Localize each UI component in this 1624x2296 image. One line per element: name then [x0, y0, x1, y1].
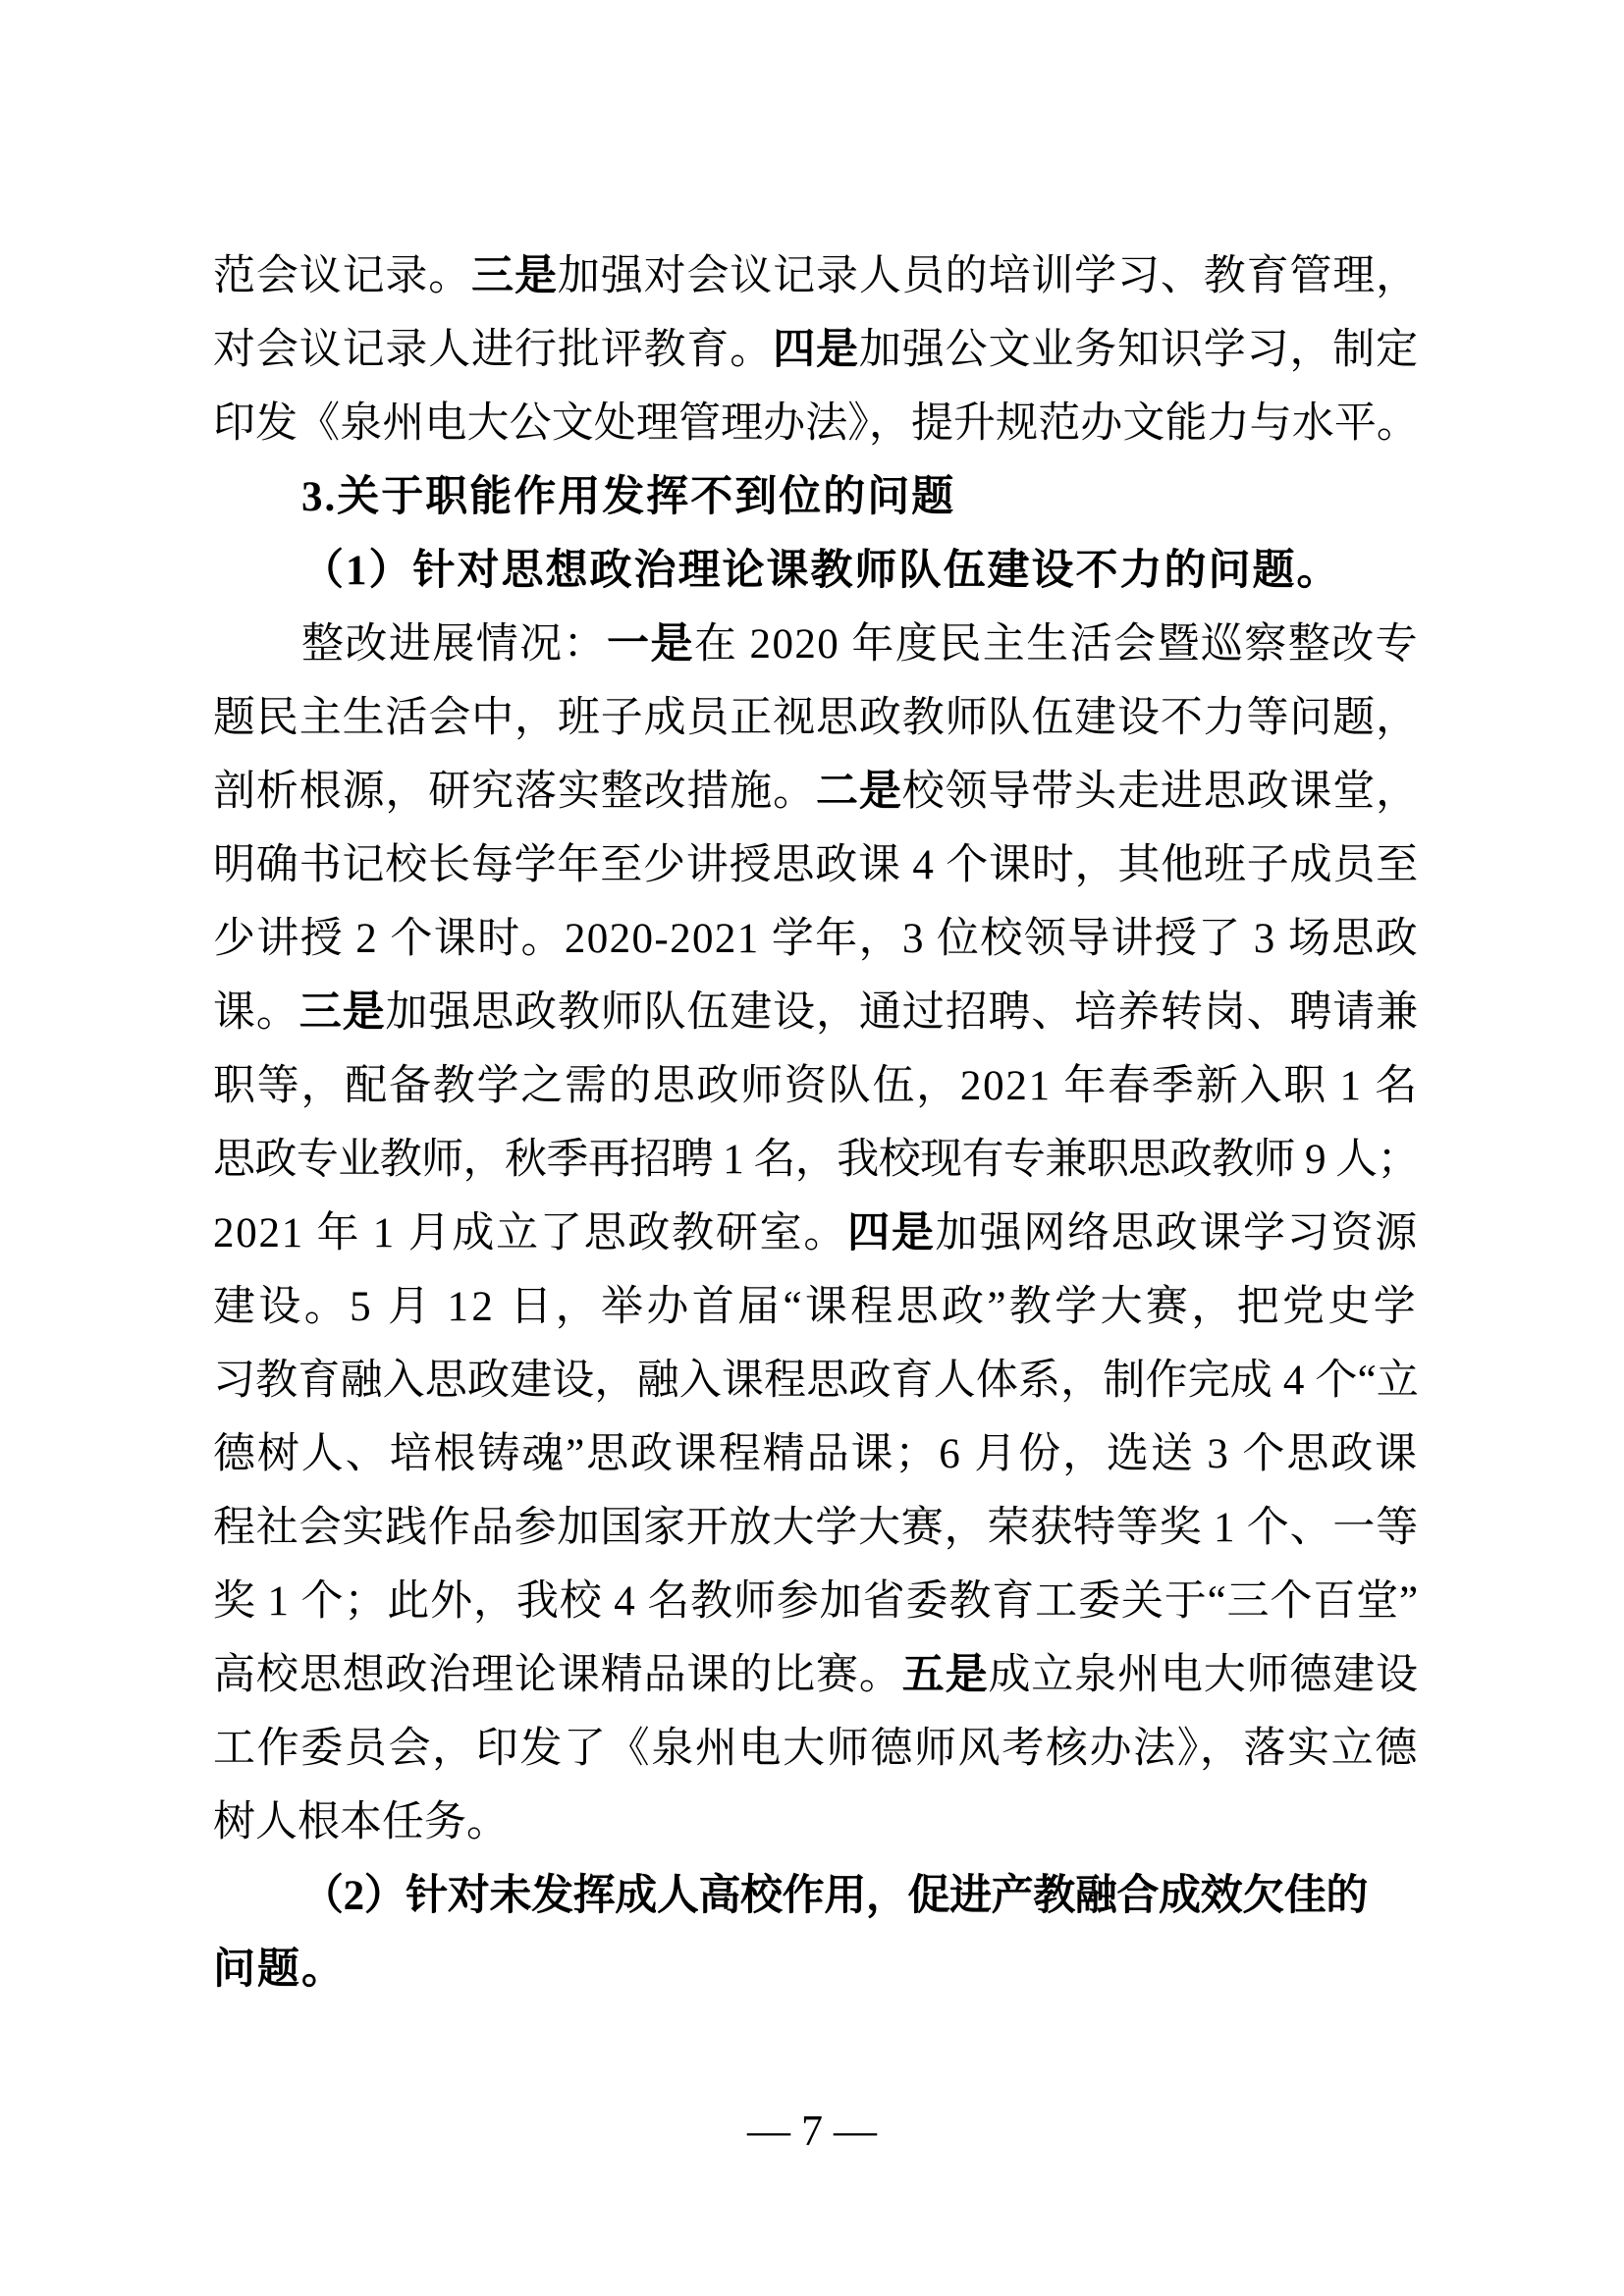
- text-line: 高校思想政治理论课精品课的比赛。五是成立泉州电大师德建设: [213, 1638, 1419, 1712]
- text-line: 程社会实践作品参加国家开放大学大赛，荣获特等奖 1 个、一等: [213, 1491, 1419, 1565]
- text-line: 明确书记校长每学年至少讲授思政课 4 个课时，其他班子成员至: [213, 828, 1419, 902]
- text-line: 2021 年 1 月成立了思政教研室。四是加强网络思政课学习资源: [213, 1197, 1419, 1270]
- text-line-content: 剖析根源，研究落实整改措施。二是校领导带头走进思政课堂，: [213, 769, 1419, 815]
- text-line-content: 明确书记校长每学年至少讲授思政课 4 个课时，其他班子成员至: [213, 842, 1419, 888]
- text-line: 课。三是加强思政教师队伍建设，通过招聘、培养转岗、聘请兼: [213, 976, 1419, 1049]
- text-line: 对会议记录人进行批评教育。四是加强公文业务知识学习，制定: [213, 313, 1419, 387]
- text-line-content: 习教育融入思政建设，融入课程思政育人体系，制作完成 4 个“立: [213, 1358, 1419, 1404]
- text-line: 印发《泉州电大公文处理管理办法》，提升规范办文能力与水平。: [213, 387, 1419, 460]
- text-line-content: 整改进展情况：一是在 2020 年度民主生活会暨巡察整改专: [301, 621, 1419, 667]
- text-line: 树人根本任务。: [213, 1786, 1419, 1859]
- text-line-content: 课。三是加强思政教师队伍建设，通过招聘、培养转岗、聘请兼: [213, 989, 1419, 1036]
- text-line-content: 高校思想政治理论课精品课的比赛。五是成立泉州电大师德建设: [213, 1652, 1419, 1698]
- text-line-content: 德树人、培根铸魂”思政课程精品课；6 月份，选送 3 个思政课: [213, 1431, 1419, 1477]
- document-page: 范会议记录。三是加强对会议记录人员的培训学习、教育管理，对会议记录人进行批评教育…: [0, 0, 1624, 2296]
- text-line: 德树人、培根铸魂”思政课程精品课；6 月份，选送 3 个思政课: [213, 1417, 1419, 1491]
- text-line-content: （2）针对未发挥成人高校作用，促进产教融合成效欠佳的: [301, 1873, 1368, 1919]
- text-line: 工作委员会，印发了《泉州电大师德师风考核办法》，落实立德: [213, 1712, 1419, 1786]
- text-line: （2）针对未发挥成人高校作用，促进产教融合成效欠佳的: [213, 1859, 1419, 1933]
- text-line: 奖 1 个；此外，我校 4 名教师参加省委教育工委关于“三个百堂”: [213, 1565, 1419, 1638]
- text-line: 问题。: [213, 1933, 1419, 2006]
- text-line: 习教育融入思政建设，融入课程思政育人体系，制作完成 4 个“立: [213, 1344, 1419, 1417]
- text-line-content: 建设。5 月 12 日，举办首届“课程思政”教学大赛，把党史学: [213, 1284, 1419, 1330]
- text-line-content: 对会议记录人进行批评教育。四是加强公文业务知识学习，制定: [213, 327, 1419, 373]
- text-line: 题民主生活会中，班子成员正视思政教师队伍建设不力等问题，: [213, 681, 1419, 755]
- text-line-content: 题民主生活会中，班子成员正视思政教师队伍建设不力等问题，: [213, 695, 1419, 741]
- text-line-content: 问题。: [213, 1947, 346, 1993]
- text-line-content: 印发《泉州电大公文处理管理办法》，提升规范办文能力与水平。: [213, 400, 1419, 447]
- text-line-content: 3.关于职能作用发挥不到位的问题: [301, 474, 955, 520]
- text-line: 建设。5 月 12 日，举办首届“课程思政”教学大赛，把党史学: [213, 1270, 1419, 1344]
- text-line: 3.关于职能作用发挥不到位的问题: [213, 460, 1419, 534]
- text-line-content: 少讲授 2 个课时。2020-2021 学年，3 位校领导讲授了 3 场思政: [213, 916, 1419, 962]
- text-line-content: 程社会实践作品参加国家开放大学大赛，荣获特等奖 1 个、一等: [213, 1505, 1419, 1551]
- text-line-content: 思政专业教师，秋季再招聘 1 名，我校现有专兼职思政教师 9 人；: [213, 1137, 1419, 1183]
- text-line: 思政专业教师，秋季再招聘 1 名，我校现有专兼职思政教师 9 人；: [213, 1123, 1419, 1197]
- text-line: 职等，配备教学之需的思政师资队伍，2021 年春季新入职 1 名: [213, 1049, 1419, 1123]
- text-line-content: 范会议记录。三是加强对会议记录人员的培训学习、教育管理，: [213, 253, 1419, 299]
- text-line-content: 奖 1 个；此外，我校 4 名教师参加省委教育工委关于“三个百堂”: [213, 1578, 1419, 1625]
- text-line-content: 2021 年 1 月成立了思政教研室。四是加强网络思政课学习资源: [213, 1210, 1419, 1256]
- text-line: 范会议记录。三是加强对会议记录人员的培训学习、教育管理，: [213, 240, 1419, 313]
- text-line-content: （1）针对思想政治理论课教师队伍建设不力的问题。: [301, 548, 1341, 594]
- text-line: 整改进展情况：一是在 2020 年度民主生活会暨巡察整改专: [213, 608, 1419, 681]
- page-number: — 7 —: [0, 2107, 1624, 2156]
- text-line: （1）针对思想政治理论课教师队伍建设不力的问题。: [213, 534, 1419, 608]
- document-body: 范会议记录。三是加强对会议记录人员的培训学习、教育管理，对会议记录人进行批评教育…: [213, 240, 1419, 2006]
- text-line-content: 工作委员会，印发了《泉州电大师德师风考核办法》，落实立德: [213, 1726, 1419, 1772]
- text-line: 剖析根源，研究落实整改措施。二是校领导带头走进思政课堂，: [213, 755, 1419, 828]
- text-line: 少讲授 2 个课时。2020-2021 学年，3 位校领导讲授了 3 场思政: [213, 902, 1419, 976]
- text-line-content: 职等，配备教学之需的思政师资队伍，2021 年春季新入职 1 名: [213, 1063, 1419, 1109]
- text-line-content: 树人根本任务。: [213, 1799, 509, 1845]
